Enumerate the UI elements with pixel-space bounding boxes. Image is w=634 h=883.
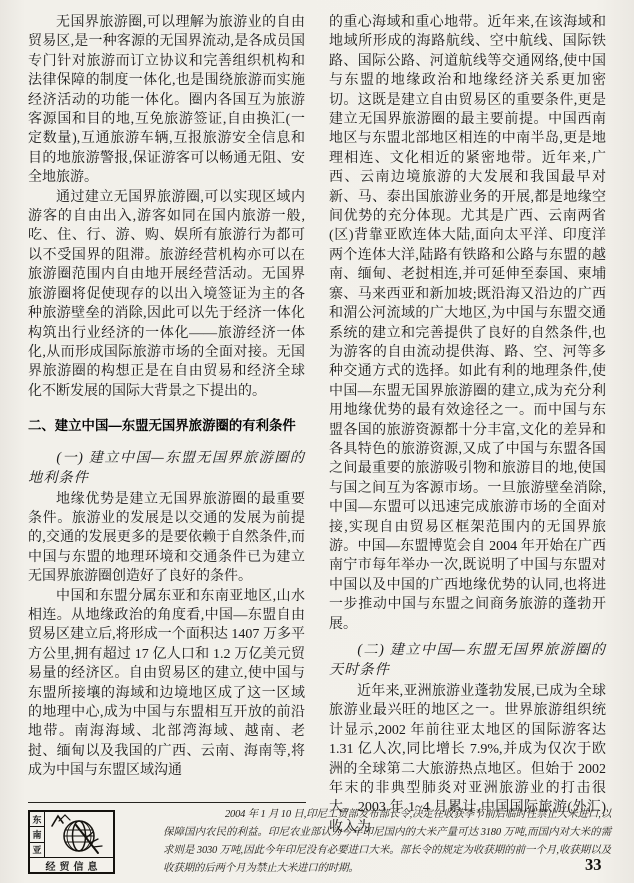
paragraph-free-trade-area: 中国和东盟分属东亚和东南亚地区,山水相连。从地缘政治的角度看,中国—东盟自由贸易… xyxy=(28,587,305,781)
body-columns: 无国界旅游圈,可以理解为旅游业的自由贸易区,是一种客源的无国界流动,是各成员国专… xyxy=(28,13,606,837)
seal-char: 亚 xyxy=(30,843,44,857)
left-column: 无国界旅游圈,可以理解为旅游业的自由贸易区,是一种客源的无国界流动,是各成员国专… xyxy=(28,13,305,837)
seal-char: 东 xyxy=(30,812,44,827)
document-page: 无国界旅游圈,可以理解为旅游业的自由贸易区,是一种客源的无国界流动,是各成员国专… xyxy=(0,0,634,883)
footnote-text: 2004 年 1 月 10 日,印尼工贸部发布部长令,决定在收获季节前后临时性禁… xyxy=(163,806,611,878)
paragraph-continuation: 的重心海域和重心地带。近年来,在该海域和地域所形成的海路航线、空中航线、国际铁路… xyxy=(329,13,606,634)
page-number: 33 xyxy=(585,855,602,875)
right-column: 的重心海域和重心地带。近年来,在该海域和地域所形成的海路航线、空中航线、国际铁路… xyxy=(329,13,606,837)
paragraph-geo-advantage: 地缘优势是建立无国界旅游圈的最重要条件。旅游业的发展是以交通的发展为前提的,交通… xyxy=(28,490,305,587)
section-heading: 二、建立中国—东盟无国界旅游圈的有利条件 xyxy=(28,416,305,435)
subsection-heading-geographic: (一) 建立中国—东盟无国界旅游圈的地利条件 xyxy=(28,448,305,488)
subsection-heading-timing: (二) 建立中国—东盟无国界旅游圈的天时条件 xyxy=(329,640,606,680)
footnote-divider xyxy=(28,802,306,803)
globe-icon xyxy=(45,812,113,857)
journal-seal: 东 南 亚 经贸信息 xyxy=(28,810,115,874)
paragraph-intro: 无国界旅游圈,可以理解为旅游业的自由贸易区,是一种客源的无国界流动,是各成员国专… xyxy=(28,13,305,188)
seal-char: 南 xyxy=(30,827,44,842)
seal-bottom-text: 经贸信息 xyxy=(30,857,113,872)
paragraph-purpose: 通过建立无国界旅游圈,可以实现区域内游客的自由出入,游客如同在国内旅游一般,吃、… xyxy=(28,188,305,401)
seal-vertical-text: 东 南 亚 xyxy=(30,812,45,857)
